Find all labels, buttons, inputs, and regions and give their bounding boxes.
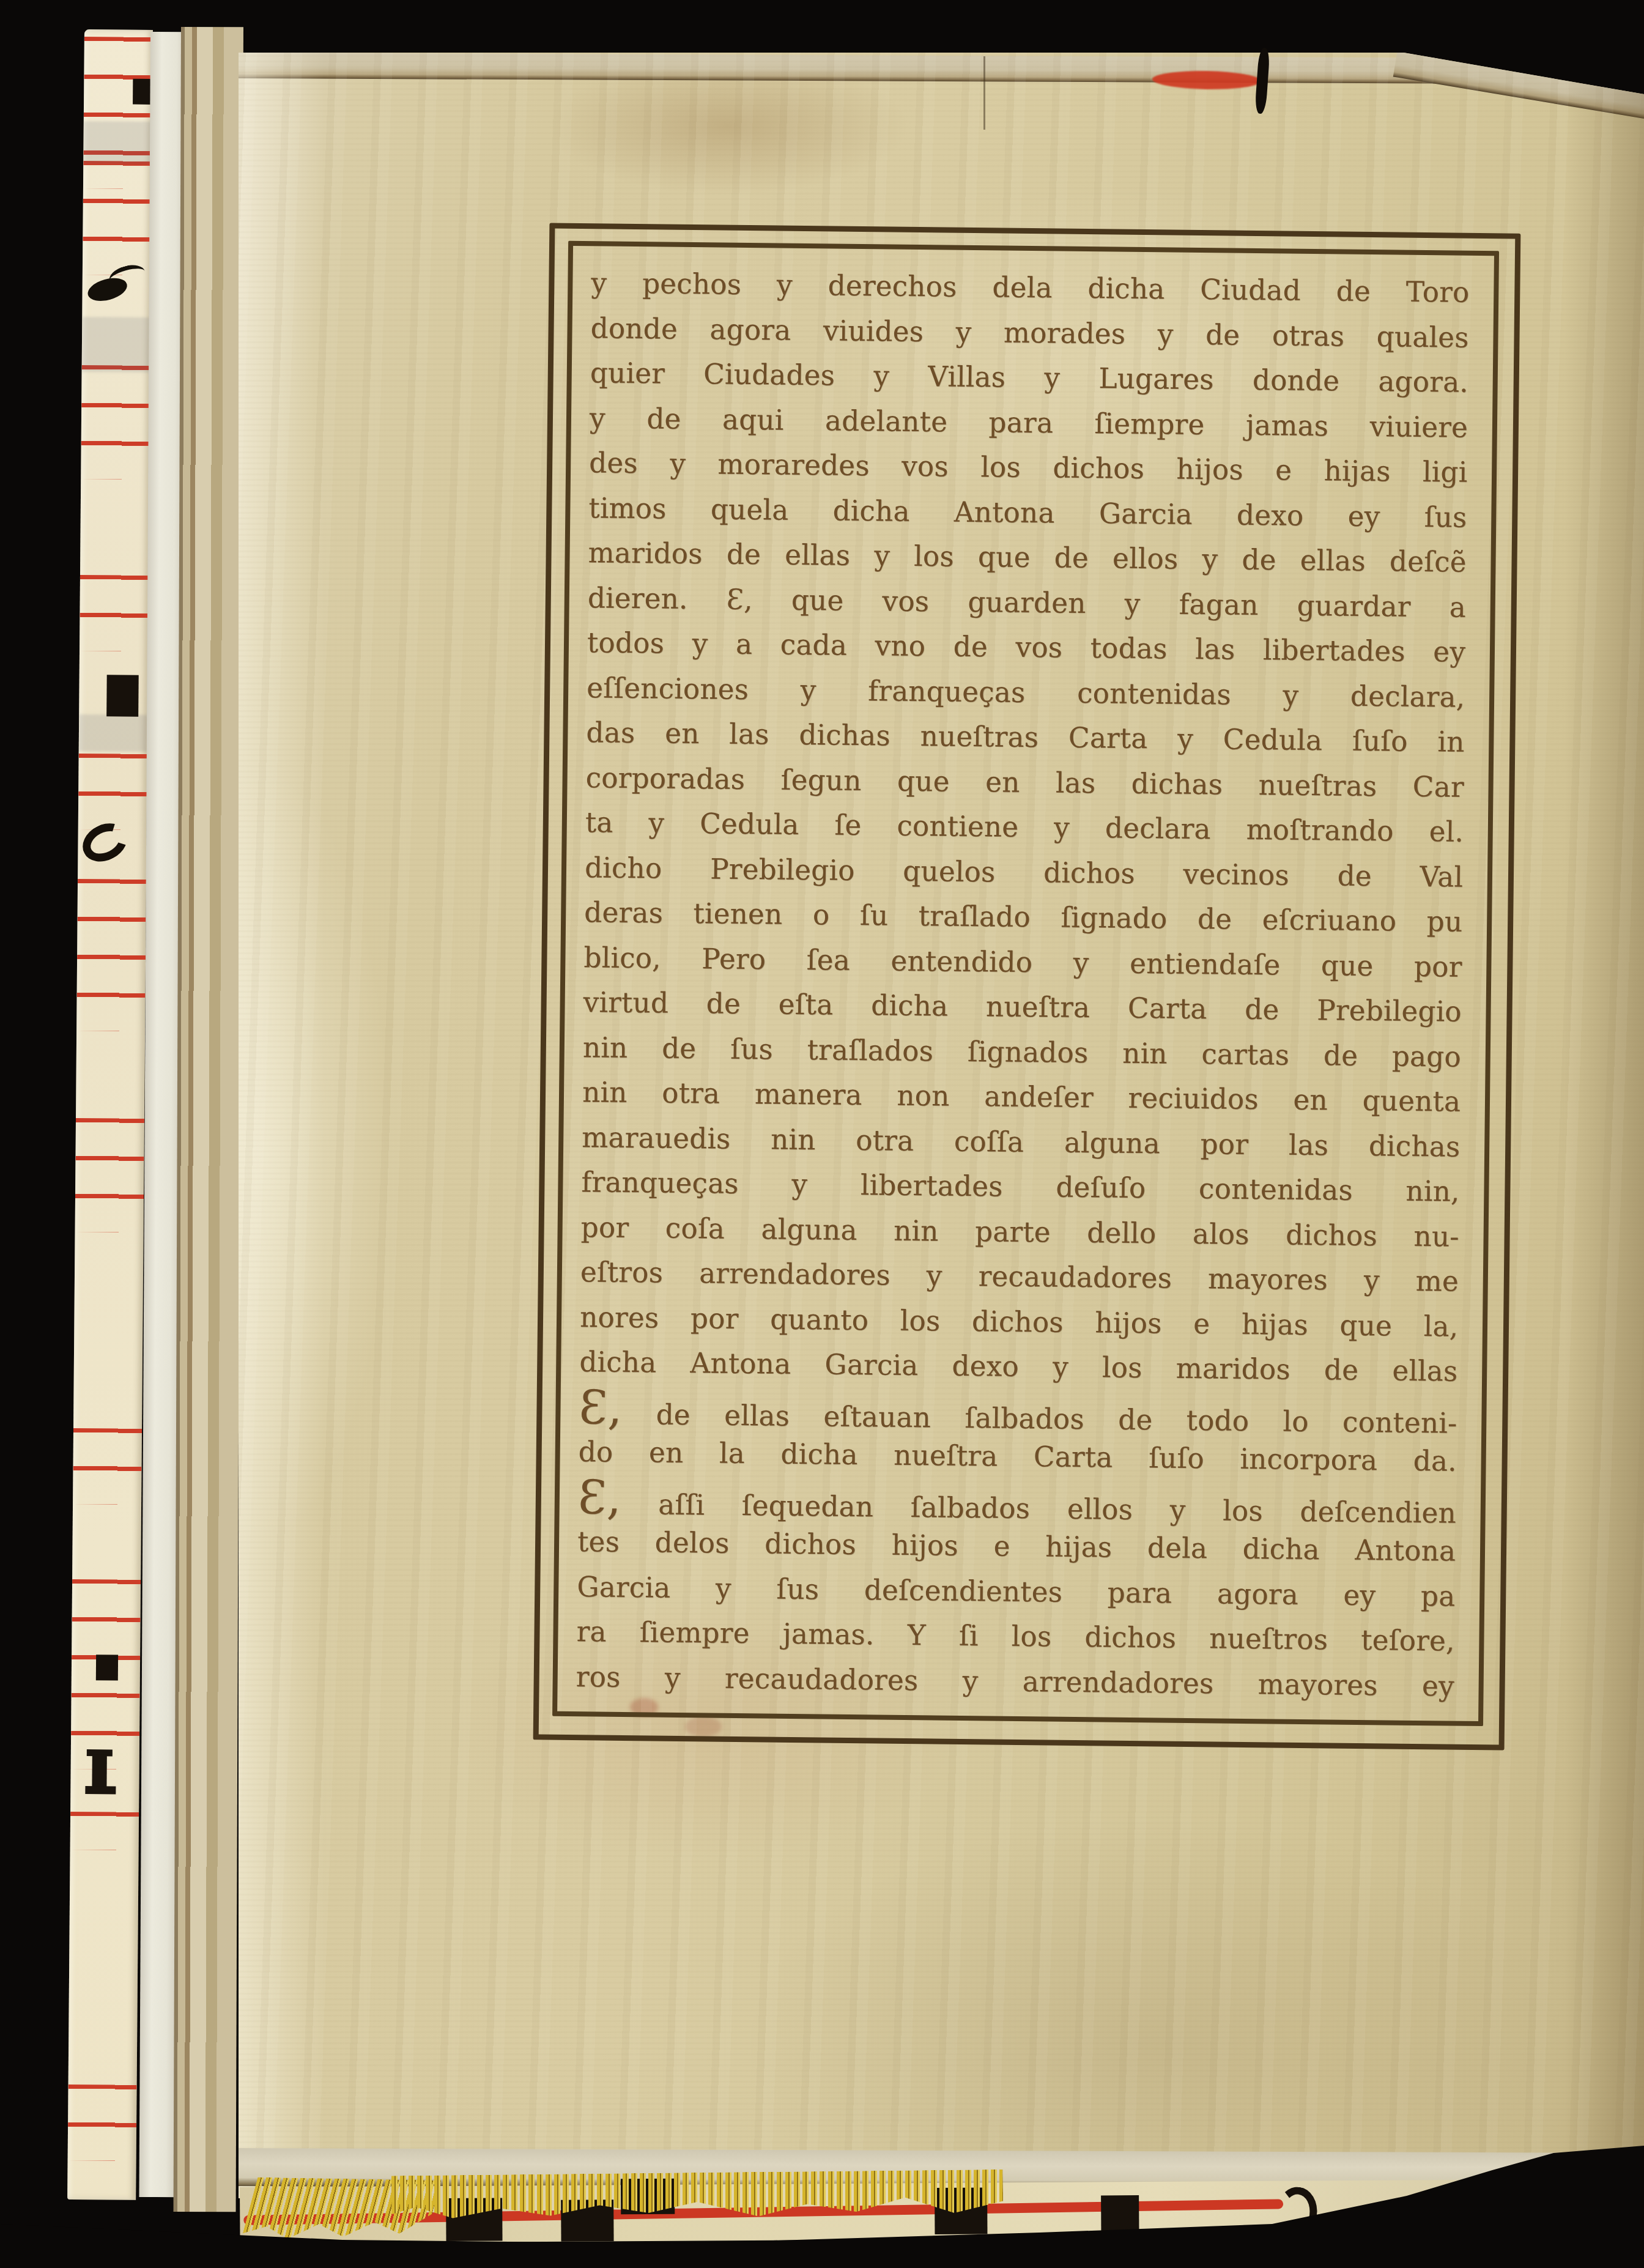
binding-stitch	[1606, 69, 1644, 91]
red-staff-lines	[70, 1812, 139, 1850]
parchment-page: y pechos y derechos dela dicha Ciudad de…	[239, 53, 1644, 2198]
ink-smudge	[82, 317, 151, 372]
red-staff-lines	[75, 1118, 144, 1232]
serif-bottom	[85, 1786, 116, 1794]
red-staff-lines	[76, 879, 146, 1031]
ink-smudge	[79, 714, 147, 752]
neume-square-mark	[106, 675, 139, 716]
ruled-border-inner: y pechos y derechos dela dicha Ciudad de…	[552, 241, 1499, 1726]
manuscript-text-block: y pechos y derechos dela dicha Ciudad de…	[576, 261, 1483, 1716]
stem	[92, 1754, 106, 1788]
red-staff-lines	[68, 2085, 137, 2161]
photograph-of-manuscript-opening: y pechos y derechos dela dicha Ciudad de…	[0, 0, 1644, 2268]
red-staff-lines	[80, 575, 149, 651]
stain-spot	[1486, 49, 1529, 62]
ruled-border-outer: y pechos y derechos dela dicha Ciudad de…	[533, 223, 1521, 1750]
hairline-crack	[983, 56, 985, 130]
red-staff-lines	[81, 365, 150, 480]
stacked-page-edges	[174, 27, 243, 2212]
red-staff-lines	[78, 754, 147, 830]
red-staff-lines	[73, 1428, 142, 1505]
manuscript-line: ros y recaudadores y arrendadores mayore…	[576, 1655, 1454, 1709]
fore-edge-shadow	[1564, 53, 1644, 2198]
red-staff-lines	[83, 161, 152, 275]
gutter-highlight	[239, 53, 324, 2198]
neume-square-mark	[96, 1655, 118, 1680]
neume-slab-i-mark	[86, 1749, 117, 1796]
underlying-chant-page-edge	[67, 29, 153, 2200]
neume-curl-mark	[85, 274, 130, 305]
ink-smudge	[83, 121, 152, 165]
